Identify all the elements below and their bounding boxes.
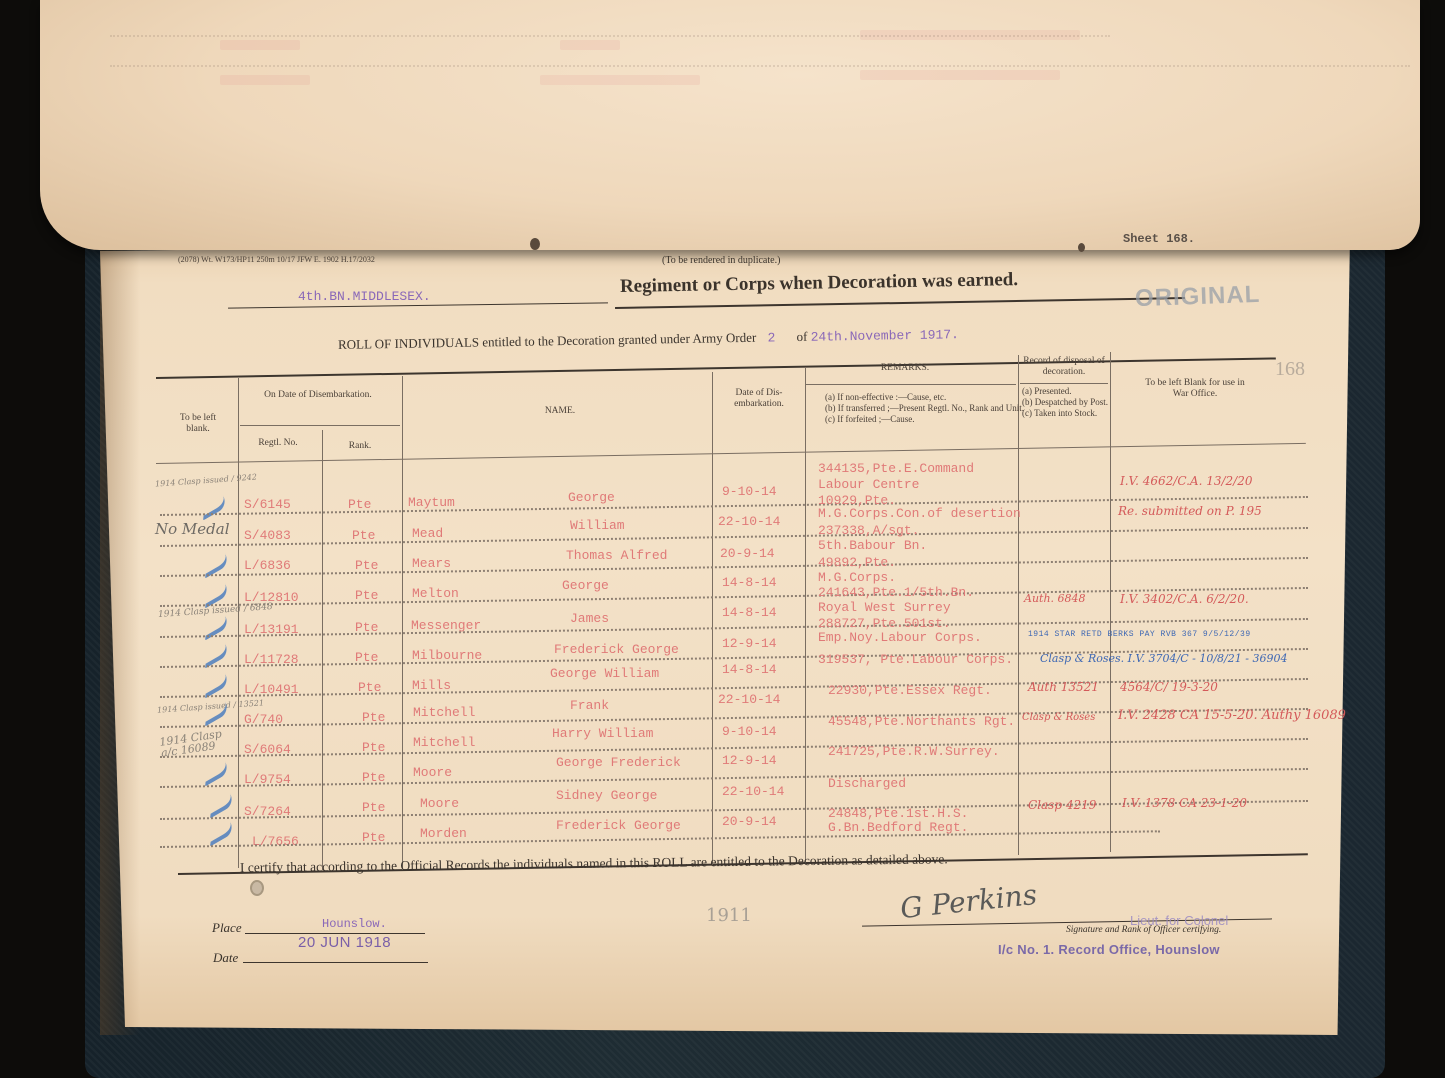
certification-text: I certify that according to the Official… [240,851,948,876]
header-remarks: REMARKS. [840,363,970,374]
original-stamp: ORIGINAL [1135,281,1261,313]
place-value: Hounslow. [322,917,387,931]
checkmark-icon [204,821,236,846]
record-office-stamp: I/c No. 1. Record Office, Hounslow [998,942,1220,957]
roll-of: of [796,329,807,344]
army-order-date: 24th.November 1917. [811,327,959,345]
roll-middle: entitled to the Decoration granted under… [482,330,756,350]
date-stamp: 20 JUN 1918 [298,934,391,951]
roll-prefix: ROLL OF INDIVIDUALS [338,335,479,352]
col-divider [805,368,806,864]
header-left-blank: To be left blank. [168,413,228,435]
col-divider [712,372,713,866]
checkmark-icon [197,495,229,520]
col-divider [1018,355,1019,855]
header-disposal: Record of disposal of decoration. [1020,356,1108,378]
unit-name: 4th.BN.MIDDLESEX. [298,289,431,304]
roll-title-line: ROLL OF INDIVIDUALS entitled to the Deco… [338,326,959,353]
pencil-note: 1911 [706,905,752,926]
date-label: Date [213,950,238,966]
sheet-number: Sheet 168. [1123,232,1195,246]
officer-signature: G Perkins [899,878,1039,925]
place-label: Place [212,920,242,936]
army-order-number: 2 [767,330,775,345]
checkmark-icon [199,761,231,786]
regiment-underline [615,297,1185,309]
pencil-page-number: 168 [1275,358,1305,381]
rank-stamp: Lieut. for Colonel [1130,913,1228,928]
punch-hole [1078,243,1085,252]
regiment-heading: Regiment or Corps when Decoration was ea… [620,269,1018,298]
header-war-office: To be left Blank for use in War Office. [1145,378,1245,400]
header-on-date-group: On Date of Disembarkation. [258,390,378,401]
col-divider [402,376,403,870]
header-name: NAME. [500,406,620,417]
header-regtl-no: Regtl. No. [248,438,308,449]
form-print-code: (2078) Wt. W173/HP11 250m 10/17 JFW E. 1… [178,255,375,264]
disposal-instructions: (a) Presented. (b) Despatched by Post. (… [1022,386,1108,418]
header-rank: Rank. [330,441,390,452]
duplicate-note: (To be rendered in duplicate.) [662,255,780,266]
col-divider [1110,352,1111,852]
header-date-disembarkation: Date of Dis-embarkation. [716,388,802,410]
col-divider [238,378,239,868]
col-divider [322,430,323,870]
punch-hole [530,238,540,250]
punch-hole [250,880,264,896]
remarks-instructions: (a) If non-effective :—Cause, etc. (b) I… [825,392,1015,424]
checkmark-icon [204,793,236,818]
